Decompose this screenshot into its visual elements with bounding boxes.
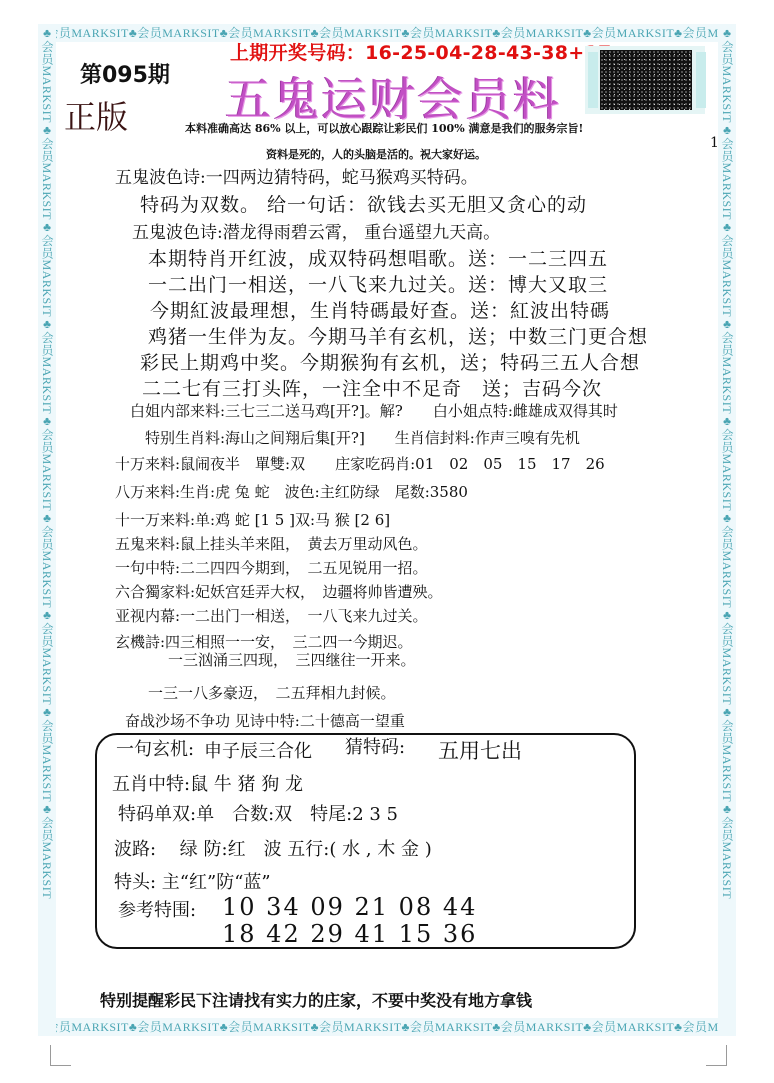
odd-even-line: 特码单双:单 合数:双 特尾:2 3 5 xyxy=(118,800,398,826)
body-line: 五鬼来料:鼠上挂头羊来阻， 黄去万里动风色。 xyxy=(115,533,428,554)
body-line: 彩民上期鸡中奖。今期猴狗有玄机，送；特码三五人合想 xyxy=(140,348,640,375)
body-line: 本期特肖开红波，成双特码想唱歌。送：一二三四五 xyxy=(148,244,608,271)
body-line: 一三一八多豪迈， 二五拜相九封候。 xyxy=(148,682,396,703)
body-line: 特码为双数。 给一句话：欲钱去买无胆又贪心的动 xyxy=(140,190,587,217)
reference-numbers-row-2: 18 42 29 41 15 36 xyxy=(222,920,477,948)
reference-label: 参考特围: xyxy=(118,896,196,922)
slogan-accuracy: 本料准确高达 86% 以上，可以放心跟踪让彩民们 100% 满意是我们的服务宗旨… xyxy=(185,120,583,136)
watermark-border-bottom: ♣会员MARKSIT♣会员MARKSIT♣会员MARKSIT♣会员MARKSIT… xyxy=(38,1018,736,1036)
body-line: 八万来料:生肖:虎 兔 蛇 波色:主红防绿 尾数:3580 xyxy=(115,481,468,502)
body-line: 奋战沙场不争功 见诗中特:二十德高一望重 xyxy=(125,710,405,731)
body-line: 今期紅波最理想，生肖特碼最好查。送：紅波出特碼 xyxy=(150,296,610,323)
watermark-border-right: ♣会员MARKSIT♣会员MARKSIT♣会员MARKSIT♣会员MARKSIT… xyxy=(718,26,736,1036)
body-line: 十万来料:鼠闹夜半 單雙:双 庄家吃码肖:01 02 05 15 17 26 xyxy=(115,453,605,474)
qr-side-stripe-left xyxy=(588,52,598,108)
body-line: 二二七有三打头阵，一注全中不足奇 送；吉码今次 xyxy=(142,374,602,401)
body-line: 十一万来料:单:鸡 蛇 [1 5 ]双:马 猴 [2 6] xyxy=(115,509,390,530)
footer-notice: 特别提醒彩民下注请找有实力的庄家，不要中奖没有地方拿钱 xyxy=(100,988,532,1011)
body-line: 特别生肖料:海山之间翔后集[开?] 生肖信封料:作声三嗅有先机 xyxy=(145,427,580,448)
body-line: 鸡猪一生伴为友。今期马羊有玄机，送；中数三门更合想 xyxy=(148,322,648,349)
qr-code-icon xyxy=(600,50,692,110)
last-draw-numbers: 上期开奖号码：16-25-04-28-43-38+17 xyxy=(230,38,612,65)
body-line: 白姐内部来料:三七三二送马鸡[开?]。解? 白小姐点特:雌雄成双得其时 xyxy=(130,400,618,421)
reference-numbers-row-1: 10 34 09 21 08 44 xyxy=(222,893,477,921)
body-line: 五鬼波色诗:潜龙得雨碧云霄， 重台遥望九天高。 xyxy=(132,218,500,243)
watermark-border-left: ♣会员MARKSIT♣会员MARKSIT♣会员MARKSIT♣会员MARKSIT… xyxy=(38,26,56,1036)
wave-path-line: 波路: 绿 防:红 波 五行:( 水 , 木 金 ) xyxy=(114,835,432,861)
guess-special-label: 猜特码: xyxy=(345,733,405,759)
crop-mark-bottom-left xyxy=(50,1045,71,1066)
qr-side-stripe-right xyxy=(696,52,706,108)
edition-label: 正版 xyxy=(64,92,128,138)
body-line: 五鬼波色诗:一四两边猜特码，蛇马猴鸡买特码。 xyxy=(115,163,478,188)
special-head-line: 特头: 主“红”防“蓝” xyxy=(114,868,271,894)
body-line: 一三汹涌三四现， 三四继往一开来。 xyxy=(168,649,416,670)
body-line: 六合獨家料:妃妖宫廷弄大权， 边疆将帅皆遭殃。 xyxy=(115,581,443,602)
hint-value: 申子辰三合化 xyxy=(204,737,312,763)
body-line: 一二出门一相送，一八飞来九过关。送：博大又取三 xyxy=(148,270,608,297)
body-line: 亚视内幕:一二出门一相送， 一八飞来九过关。 xyxy=(115,605,428,626)
issue-number: 第095期 xyxy=(80,58,170,89)
page-number: 1 xyxy=(710,135,719,151)
hint-label: 一句玄机: xyxy=(116,735,194,761)
five-zodiac-line: 五肖中特:鼠 牛 猪 狗 龙 xyxy=(112,770,303,796)
guess-special-value: 五用七出 xyxy=(438,735,522,765)
slogan-good-luck: 资料是死的，人的头脑是活的。祝大家好运。 xyxy=(266,146,486,162)
body-line: 一句中特:二二四四今期到， 二五见锐用一招。 xyxy=(115,557,428,578)
crop-mark-bottom-right xyxy=(706,1045,727,1066)
